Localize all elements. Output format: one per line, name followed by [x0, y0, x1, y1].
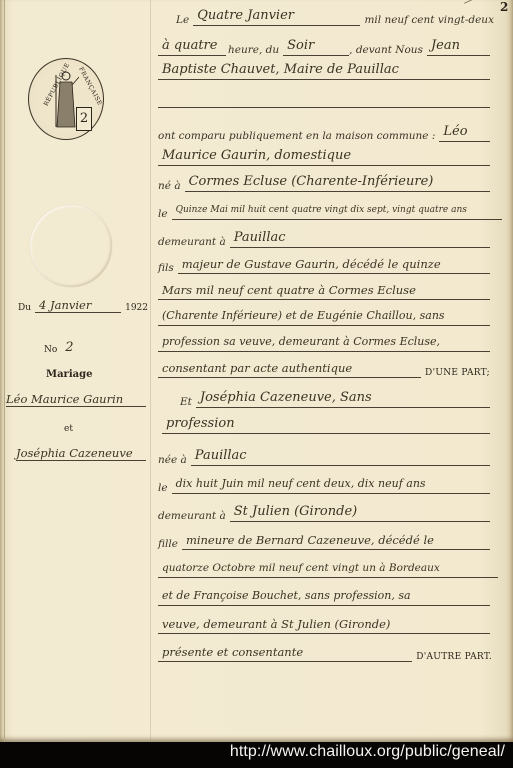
handwritten-groom-birthdate: Quinze Mai mil huit cent quatre vingt di…: [172, 202, 502, 220]
line-bride-father: fille mineure de Bernard Cazeneuve, décé…: [158, 532, 490, 550]
handwritten-bride-mother-residence: veuve, demeurant à St Julien (Gironde): [158, 616, 490, 634]
line-groom-residence: demeurant à Pauillac: [158, 230, 490, 248]
seal-text-right: FRANÇAISE: [77, 66, 103, 107]
margin-number: No 2: [44, 340, 74, 355]
label-le: le: [158, 208, 172, 220]
label-devant-nous: , devant Nous: [349, 44, 427, 56]
handwritten-time-of-day: Soir: [283, 38, 349, 56]
line-compared: ont comparu publiquement en la maison co…: [158, 124, 490, 142]
date-prefix: Du: [18, 303, 31, 313]
handwritten-groom: Maurice Gaurin, domestique: [158, 148, 490, 166]
handwritten-bride-residence: St Julien (Gironde): [230, 504, 490, 522]
handwritten-date: Quatre Janvier: [193, 8, 360, 26]
handwritten-father: majeur de Gustave Gaurin, décédé le quin…: [178, 256, 490, 274]
watermark-url: http://www.chailloux.org/public/geneal/: [230, 743, 505, 761]
line-mother: (Charente Inférieure) et de Eugénie Chai…: [158, 308, 490, 326]
handwritten-groom-birthplace: Cormes Ecluse (Charente-Inférieure): [185, 174, 490, 192]
label-le: Le: [176, 14, 193, 26]
label-heure-du: heure, du: [226, 44, 283, 56]
margin-date: Du 4 Janvier 1922: [18, 298, 148, 313]
line-mother-residence: profession sa veuve, demeurant à Cormes …: [158, 334, 490, 352]
line-bride-birthdate: le dix huit Juin mil neuf cent deux, dix…: [158, 476, 490, 494]
handwritten-officer: Baptiste Chauvet, Maire de Pauillac: [158, 62, 490, 80]
embossed-seal-icon: [30, 205, 112, 287]
number-label: No: [44, 345, 57, 355]
date-year: 1922: [125, 303, 148, 313]
handwritten-hour: à quatre: [158, 38, 226, 56]
handwritten-mother: (Charente Inférieure) et de Eugénie Chai…: [158, 308, 490, 326]
label-ne-a: né à: [158, 180, 185, 192]
label-autre-part: D'AUTRE PART.: [412, 652, 492, 662]
line-bride-residence: demeurant à St Julien (Gironde): [158, 504, 490, 522]
line-blank: [158, 92, 490, 108]
line-date: Le Quatre Janvier mil neuf cent vingt-de…: [176, 8, 498, 26]
line-officer: Baptiste Chauvet, Maire de Pauillac: [158, 62, 490, 80]
handwritten-bride-consent: présente et consentante: [158, 644, 412, 662]
blank-line: [158, 92, 490, 108]
handwritten-bride-profession: profession: [162, 416, 490, 434]
margin-rule: [150, 0, 151, 742]
fiscal-seal-icon: RÉPUBLIQUE FRANÇAISE 2: [28, 58, 104, 140]
handwritten-bride: Joséphia Cazeneuve, Sans: [196, 390, 490, 408]
line-bride-consent: présente et consentante D'AUTRE PART.: [158, 644, 492, 662]
line-groom-parents: fils majeur de Gustave Gaurin, décédé le…: [158, 256, 490, 274]
label-demeurant: demeurant à: [158, 236, 230, 248]
line-groom-birthplace: né à Cormes Ecluse (Charente-Inférieure): [158, 174, 490, 192]
label-nee-a: née à: [158, 454, 191, 466]
label-une-part: D'UNE PART;: [421, 368, 490, 378]
line-bride-profession: profession: [162, 416, 490, 434]
label-et: Et: [180, 396, 196, 408]
handwritten-mother-residence: profession sa veuve, demeurant à Cormes …: [158, 334, 490, 352]
line-bride-mother: et de Françoise Bouchet, sans profession…: [158, 588, 490, 606]
handwritten-bride-father: mineure de Bernard Cazeneuve, décédé le: [182, 532, 490, 550]
handwritten-bride-mother: et de Françoise Bouchet, sans profession…: [158, 588, 490, 606]
bride-name: Joséphia Cazeneuve: [16, 446, 146, 461]
register-page: 2 RÉPUBLIQUE FRANÇAISE 2 Du 4 Janvier 19…: [0, 0, 513, 742]
label-fils: fils: [158, 262, 178, 274]
seal-stamp-value: 2: [76, 107, 92, 131]
handwritten-officer-first: Jean: [427, 38, 490, 56]
line-bride-birthplace: née à Pauillac: [158, 448, 490, 466]
number-value: 2: [65, 340, 73, 355]
binding-edge: [4, 0, 5, 742]
handwritten-bride-birthdate: dix huit Juin mil neuf cent deux, dix ne…: [172, 476, 490, 494]
printed-year: mil neuf cent vingt-deux: [360, 14, 498, 26]
date-handwritten: 4 Janvier: [35, 298, 121, 313]
handwritten-groom-first: Léo: [439, 124, 490, 142]
handwritten-groom-residence: Pauillac: [230, 230, 490, 248]
line-consent: consentant par acte authentique D'UNE PA…: [158, 360, 490, 378]
folio-mark: 2: [500, 0, 508, 14]
line-bride-father-death: quatorze Octobre mil neuf cent vingt un …: [158, 560, 498, 578]
groom-name: Léo Maurice Gaurin: [6, 392, 146, 407]
handwritten-consent: consentant par acte authentique: [158, 360, 421, 378]
label-fille: fille: [158, 538, 182, 550]
line-bride-mother-residence: veuve, demeurant à St Julien (Gironde): [158, 616, 490, 634]
act-type: Mariage: [46, 369, 92, 380]
label-le: le: [158, 482, 172, 494]
label-demeurant: demeurant à: [158, 510, 230, 522]
line-groom: Maurice Gaurin, domestique: [158, 148, 490, 166]
handwritten-bride-father-death: quatorze Octobre mil neuf cent vingt un …: [158, 560, 498, 578]
line-groom-birthdate: le Quinze Mai mil huit cent quatre vingt…: [158, 202, 502, 220]
line-hour: à quatre heure, du Soir , devant Nous Je…: [158, 38, 490, 56]
line-bride: Et Joséphia Cazeneuve, Sans: [180, 390, 490, 408]
label-ont-comparu: ont comparu publiquement en la maison co…: [158, 130, 439, 142]
handwritten-bride-birthplace: Pauillac: [191, 448, 490, 466]
line-father-death: Mars mil neuf cent quatre à Cormes Eclus…: [158, 282, 490, 300]
handwritten-father-death: Mars mil neuf cent quatre à Cormes Eclus…: [158, 282, 490, 300]
conjunction: et: [64, 424, 73, 434]
